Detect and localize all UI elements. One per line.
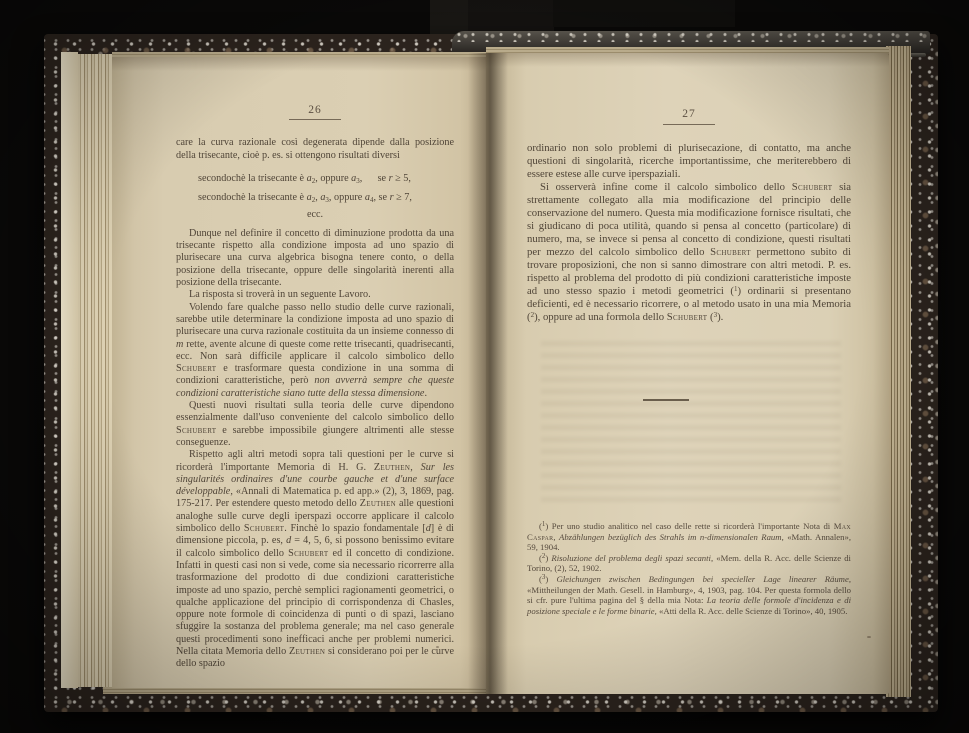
page-stack-right xyxy=(886,46,911,697)
paragraph: Dunque nel definire il concetto di dimin… xyxy=(176,228,454,289)
left-page-text-column: 26 care la curva razionale così degenera… xyxy=(176,104,454,671)
paper-speck xyxy=(436,646,439,648)
paragraph: ecc. xyxy=(176,207,454,223)
paragraph: Rispetto agli altri metodi sopra tali qu… xyxy=(176,449,454,670)
book-gutter-shadow xyxy=(468,53,508,694)
paragraph: Volendo fare qualche passo nello studio … xyxy=(176,302,454,400)
paragraph: care la curva razionale così degenerata … xyxy=(176,137,454,162)
page-stack-bottom-left xyxy=(103,687,493,694)
background-shadow-shape xyxy=(553,0,735,27)
page-stack-left xyxy=(78,54,112,687)
left-page: 26 care la curva razionale così degenera… xyxy=(112,57,486,688)
paragraph: secondochè la trisecante è a2, oppure a3… xyxy=(198,169,454,188)
page-fore-edge-left xyxy=(61,52,78,688)
paragraph: Questi nuovi risultati sulla teoria dell… xyxy=(176,400,454,449)
right-page-text-column: 27 ordinario non solo problemi di pluris… xyxy=(527,108,851,324)
header-spacer xyxy=(527,125,851,142)
page-number: 27 xyxy=(527,108,851,121)
footnotes: (1) Per uno studio analitico nel caso de… xyxy=(527,521,851,616)
paper-speck xyxy=(867,636,871,638)
show-through-text-ghost xyxy=(541,341,841,509)
footnote: (2) Risoluzione del problema degli spazi… xyxy=(527,553,851,574)
paragraph: secondochè la trisecante è a2, a3, oppur… xyxy=(198,188,454,207)
left-page-paragraphs: care la curva razionale così degenerata … xyxy=(176,137,454,670)
header-spacer xyxy=(176,120,454,137)
page-number: 26 xyxy=(176,104,454,116)
right-page: 27 ordinario non solo problemi di pluris… xyxy=(486,53,889,694)
paragraph: La risposta si troverà in un seguente La… xyxy=(176,289,454,301)
paragraph: Si osserverà infine come il calcolo simb… xyxy=(527,181,851,324)
section-separator-rule xyxy=(643,399,689,401)
photo-background: 26 care la curva razionale così degenera… xyxy=(0,0,969,733)
right-page-paragraphs: ordinario non solo problemi di pluriseca… xyxy=(527,142,851,324)
footnote: (3) Gleichungen zwischen Bedingungen bei… xyxy=(527,574,851,616)
footnote: (1) Per uno studio analitico nel caso de… xyxy=(527,521,851,553)
paragraph: ordinario non solo problemi di pluriseca… xyxy=(527,142,851,181)
